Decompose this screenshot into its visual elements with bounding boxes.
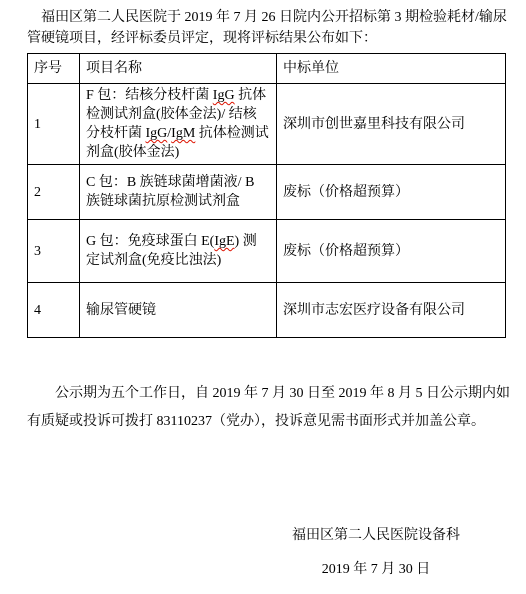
header-cell-index: 序号 — [28, 54, 80, 84]
row-number-cell: 3 — [28, 220, 80, 283]
project-name-text: G 包：免疫球蛋白 E( — [86, 234, 214, 249]
winner-cell: 深圳市创世嘉里科技有限公司 — [277, 84, 506, 165]
project-name-cell: C 包：B 族链球菌增菌液/ B 族链球菌抗原检测试剂盒 — [80, 165, 277, 220]
misspelled-word: IgE — [214, 234, 234, 249]
results-table-body: 1F 包：结核分枝杆菌 IgG 抗体检测试剂盒(胶体金法)/ 结核分枝杆菌 Ig… — [28, 84, 506, 338]
table-header-row: 序号 项目名称 中标单位 — [28, 54, 506, 84]
announcement-page: 福田区第二人民医院于 2019 年 7 月 26 日院内公开招标第 3 期检验耗… — [0, 0, 526, 594]
winner-cell: 深圳市志宏医疗设备有限公司 — [277, 283, 506, 338]
header-cell-project-name: 项目名称 — [80, 54, 277, 84]
signature-org: 福田区第二人民医院设备科 — [292, 525, 460, 546]
misspelled-word: IgG — [146, 126, 168, 141]
intro-line-2: 管硬镜项目，经评标委员评定，现将评标结果公布如下： — [27, 28, 514, 49]
project-name-cell: G 包：免疫球蛋白 E(IgE) 测定试剂盒(免疫比浊法) — [80, 220, 277, 283]
winner-cell: 废标（价格超预算） — [277, 220, 506, 283]
project-name-text: 输尿管硬镜 — [86, 303, 156, 318]
table-row: 4输尿管硬镜深圳市志宏医疗设备有限公司 — [28, 283, 506, 338]
signature-date: 2019 年 7 月 30 日 — [292, 559, 460, 580]
project-name-cell: 输尿管硬镜 — [80, 283, 277, 338]
row-number-cell: 2 — [28, 165, 80, 220]
misspelled-word: IgG — [213, 88, 235, 103]
header-cell-winner: 中标单位 — [277, 54, 506, 84]
project-name-cell: F 包：结核分枝杆菌 IgG 抗体检测试剂盒(胶体金法)/ 结核分枝杆菌 IgG… — [80, 84, 277, 165]
winner-cell: 废标（价格超预算） — [277, 165, 506, 220]
notice-line-1: 公示期为五个工作日，自 2019 年 7 月 30 日至 2019 年 8 月 … — [27, 380, 514, 408]
results-table: 序号 项目名称 中标单位 1F 包：结核分枝杆菌 IgG 抗体检测试剂盒(胶体金… — [27, 53, 506, 338]
project-name-text: C 包：B 族链球菌增菌液/ B 族链球菌抗原检测试剂盒 — [86, 175, 254, 209]
table-row: 1F 包：结核分枝杆菌 IgG 抗体检测试剂盒(胶体金法)/ 结核分枝杆菌 Ig… — [28, 84, 506, 165]
intro-paragraph: 福田区第二人民医院于 2019 年 7 月 26 日院内公开招标第 3 期检验耗… — [27, 7, 514, 49]
row-number-cell: 4 — [28, 283, 80, 338]
signature-block: 福田区第二人民医院设备科 2019 年 7 月 30 日 — [292, 525, 460, 580]
notice-paragraph: 公示期为五个工作日，自 2019 年 7 月 30 日至 2019 年 8 月 … — [27, 380, 514, 436]
table-row: 2C 包：B 族链球菌增菌液/ B 族链球菌抗原检测试剂盒废标（价格超预算） — [28, 165, 506, 220]
intro-line-1: 福田区第二人民医院于 2019 年 7 月 26 日院内公开招标第 3 期检验耗… — [27, 7, 514, 28]
project-name-text: F 包：结核分枝杆菌 — [86, 88, 213, 103]
row-number-cell: 1 — [28, 84, 80, 165]
table-row: 3G 包：免疫球蛋白 E(IgE) 测定试剂盒(免疫比浊法)废标（价格超预算） — [28, 220, 506, 283]
results-table-head: 序号 项目名称 中标单位 — [28, 54, 506, 84]
notice-line-2: 有质疑或投诉可拨打 83110237（党办），投诉意见需书面形式并加盖公章。 — [27, 408, 514, 436]
misspelled-word: IgM — [171, 126, 195, 141]
